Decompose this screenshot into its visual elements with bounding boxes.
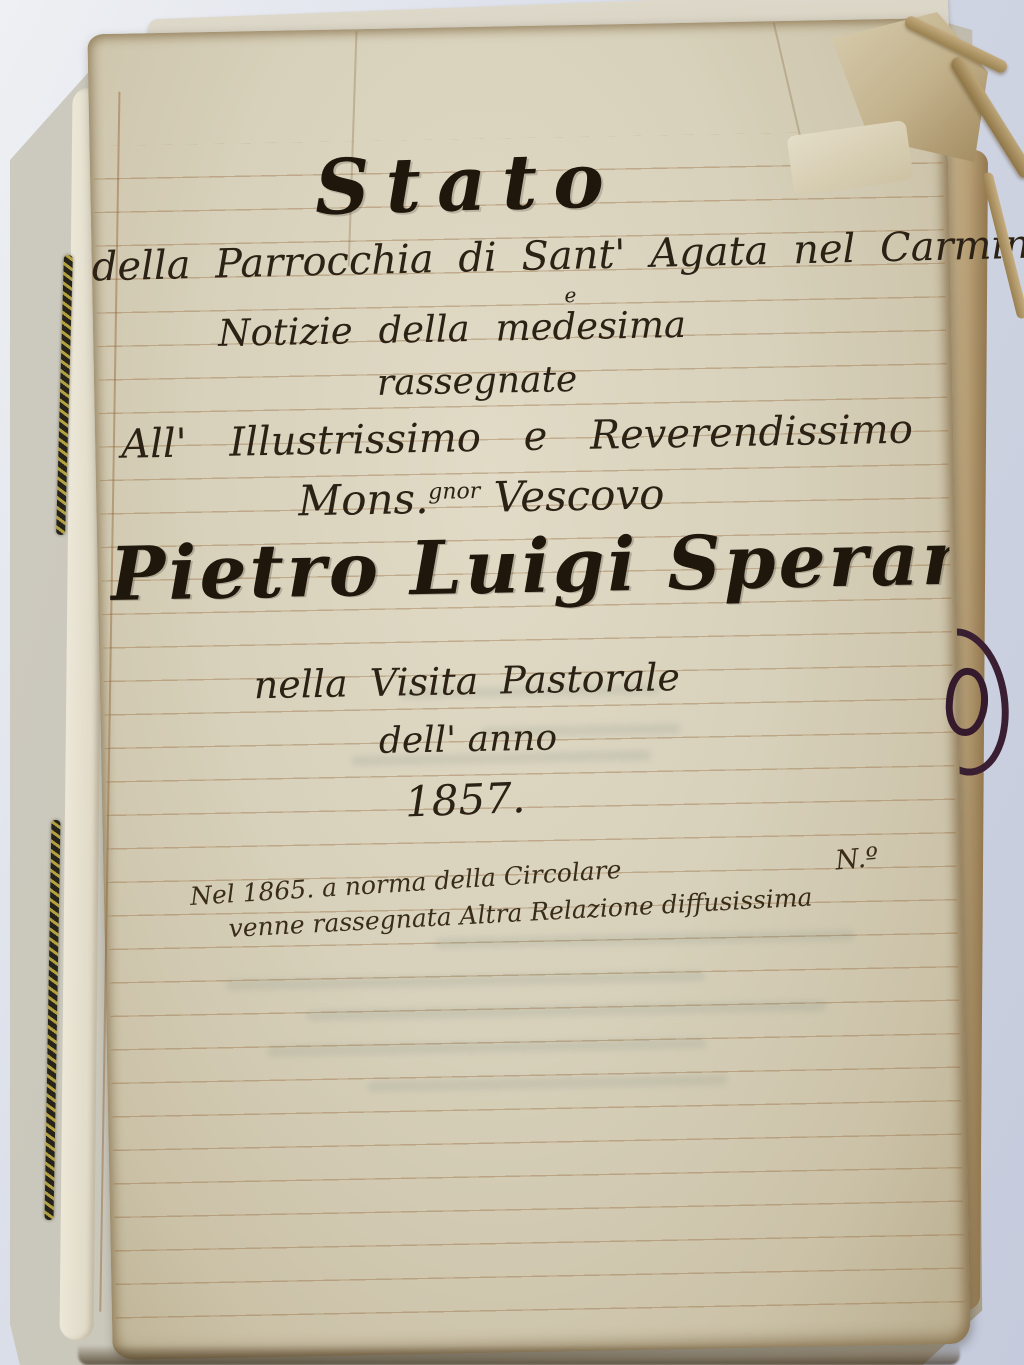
bishop-name: Pietro Luigi Speranza	[109, 516, 950, 618]
mons-superscript: gnor	[428, 479, 480, 505]
mons-rest: Vescovo	[480, 469, 665, 522]
annotation-reference: N.º	[834, 842, 880, 877]
manuscript-inserted-e: e	[564, 283, 576, 307]
mons-abbreviation: Mons.	[298, 474, 429, 525]
book-bottom-shadow	[78, 1345, 960, 1365]
manuscript-page: Stato della Parrocchia di Sant' Agata ne…	[87, 18, 970, 1360]
manuscript-photo: Stato della Parrocchia di Sant' Agata ne…	[0, 0, 1024, 1365]
